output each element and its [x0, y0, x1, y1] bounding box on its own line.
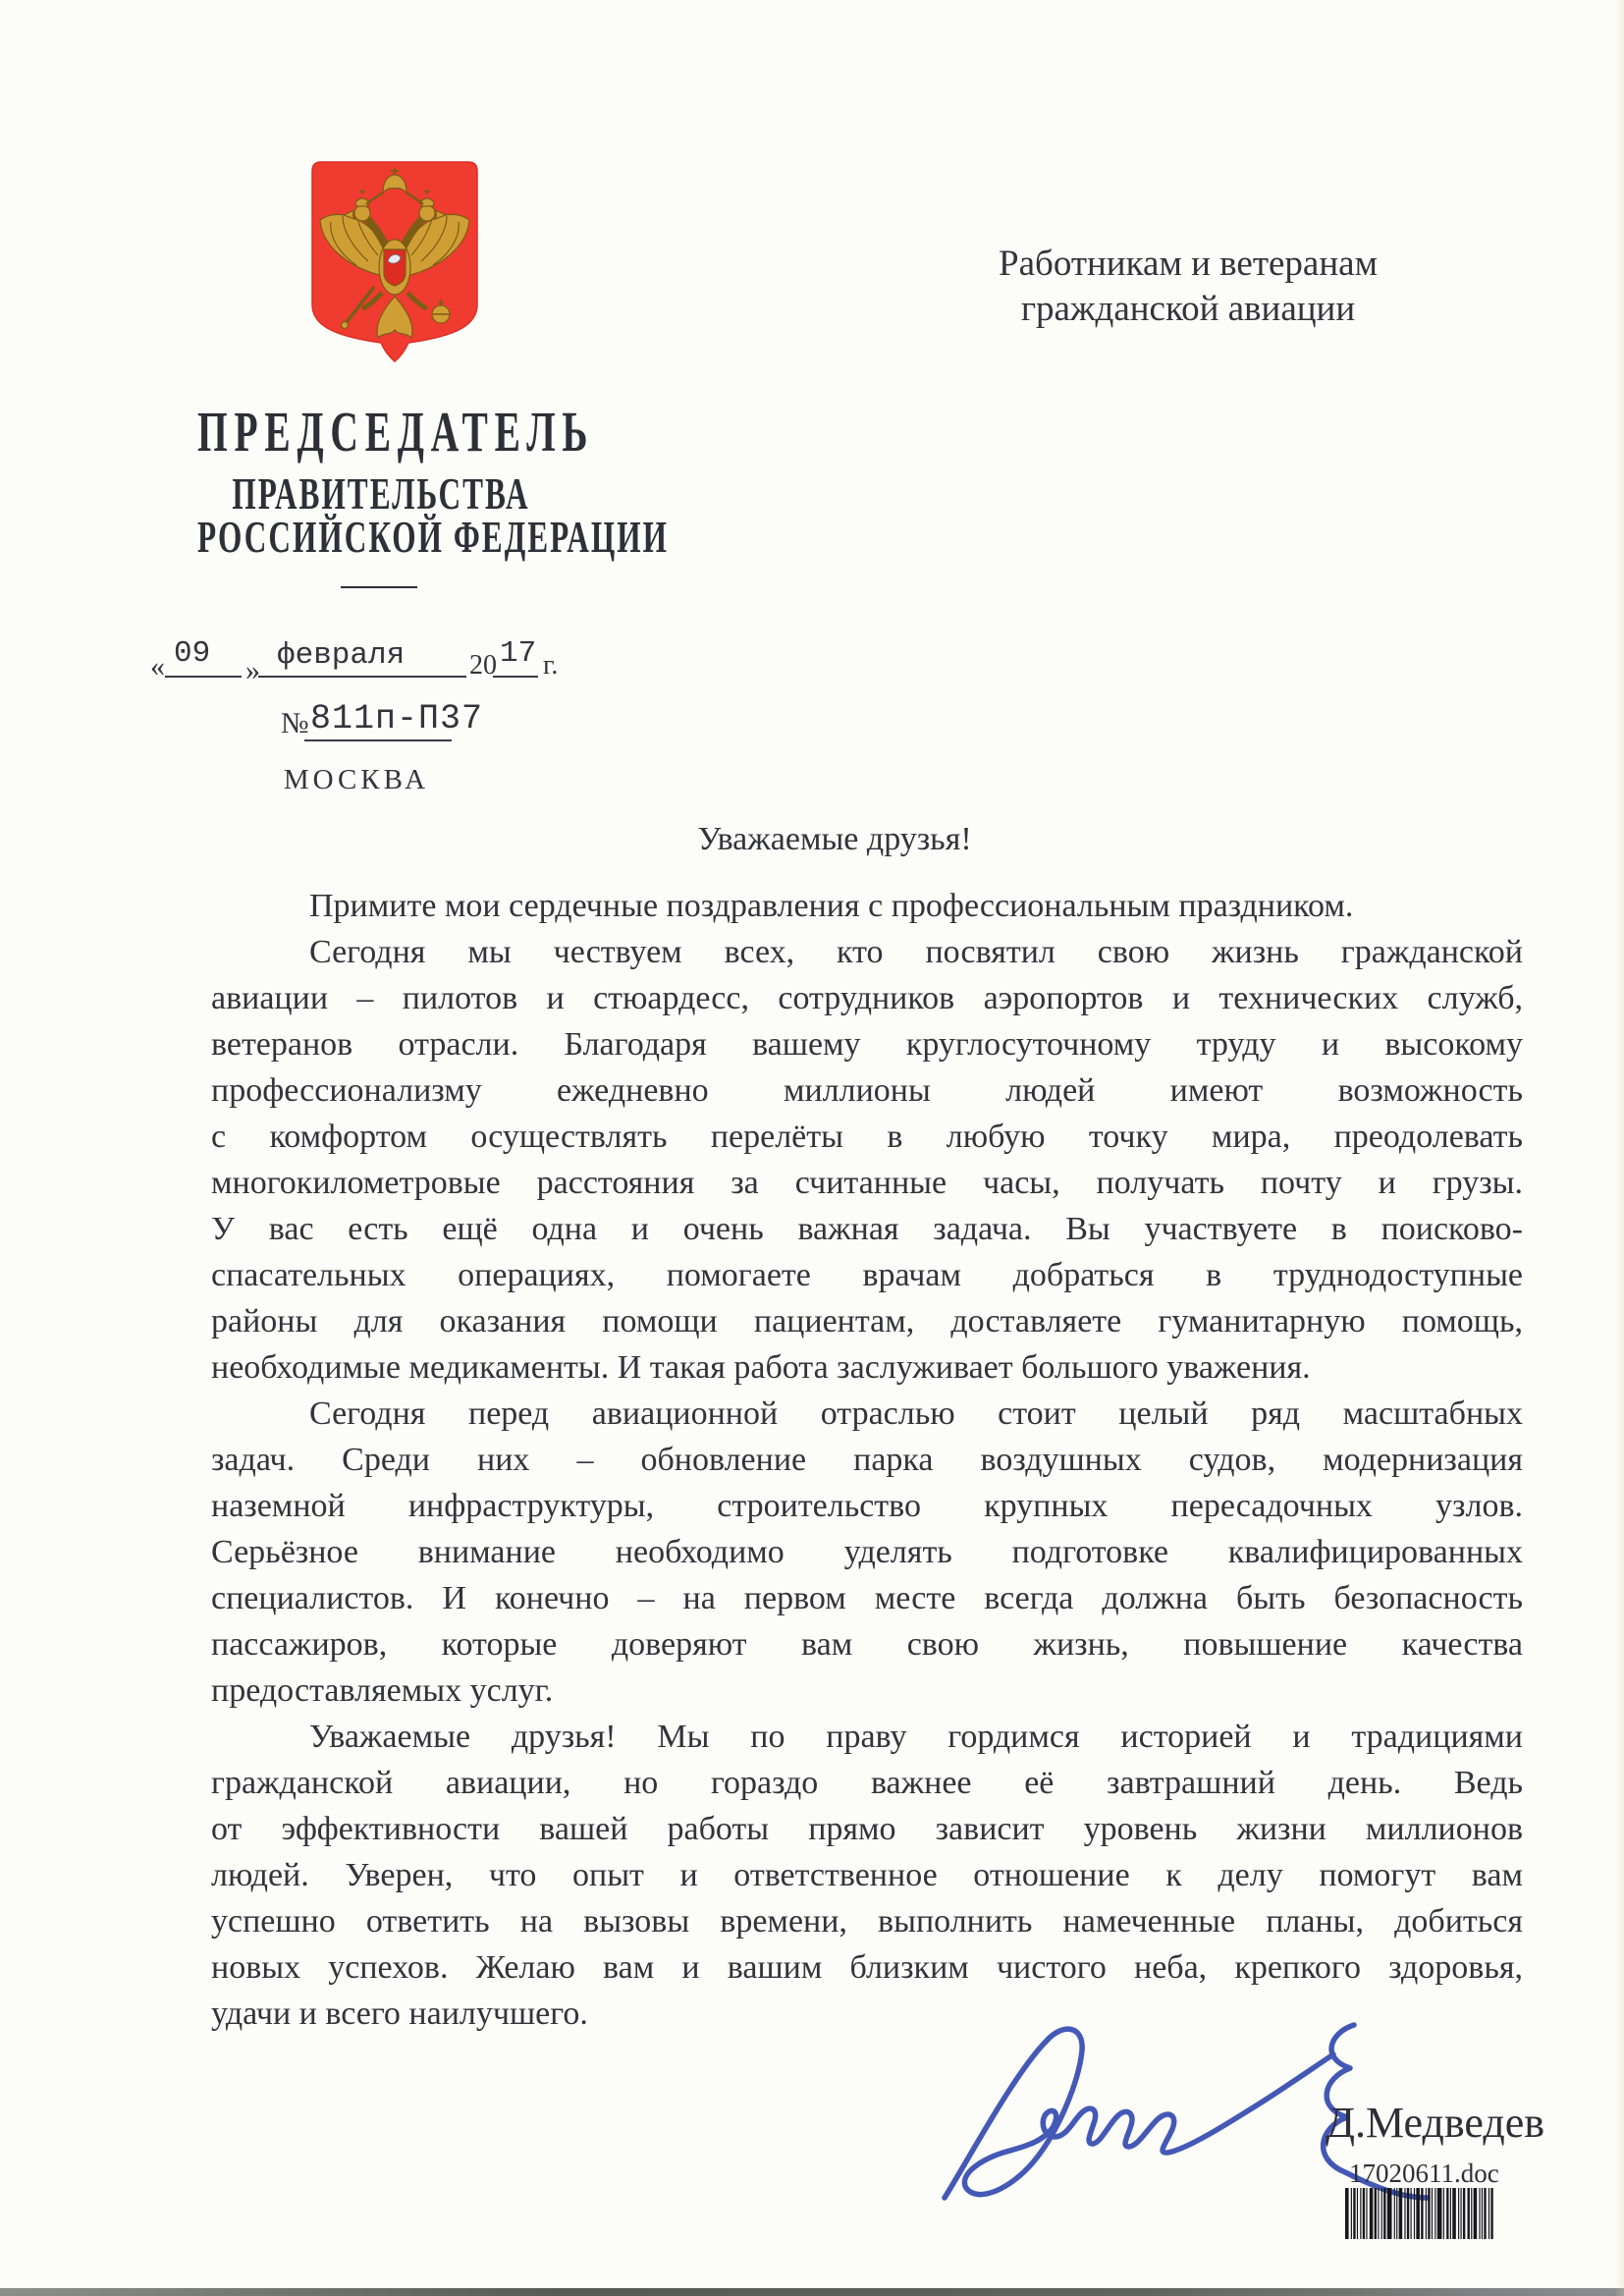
- body-line: специалистов. И конечно – на первом мест…: [211, 1575, 1523, 1621]
- recipient-line: Работникам и ветеранам: [933, 242, 1443, 287]
- body-line: новых успехов. Желаю вам и вашим близким…: [211, 1944, 1523, 1991]
- body-line: Примите мои сердечные поздравления с про…: [211, 883, 1523, 929]
- body-line: Уважаемые друзья! Мы по праву гордимся и…: [211, 1714, 1523, 1760]
- body-line: гражданской авиации, но гораздо важнее е…: [211, 1760, 1523, 1806]
- document-filename: 17020611.doc: [1349, 2159, 1545, 2189]
- body-line: ветеранов отрасли. Благодаря вашему круг…: [211, 1021, 1523, 1067]
- russia-coat-of-arms: [309, 159, 480, 363]
- doc-number-underline: [304, 739, 452, 741]
- body-line: авиации – пилотов и стюардесс, сотрудник…: [211, 975, 1523, 1021]
- scanned-letter-page: Работникам и ветеранам гражданской авиац…: [0, 0, 1624, 2296]
- date-quote-close: »: [245, 654, 260, 687]
- letterhead-title: ПРЕДСЕДАТЕЛЬ: [197, 399, 565, 465]
- letterhead-org-line2: РОССИЙСКОЙ ФЕДЕРАЦИИ: [197, 511, 565, 563]
- body-line: предоставляемых услуг.: [211, 1667, 1523, 1714]
- letterhead-divider: [341, 586, 417, 588]
- body-line: профессионализму ежедневно миллионы люде…: [211, 1067, 1523, 1114]
- letter-body: Примите мои сердечные поздравления с про…: [211, 883, 1523, 2037]
- date-year: 17: [500, 636, 536, 671]
- body-line: необходимые медикаменты. И такая работа …: [211, 1344, 1523, 1391]
- city-label: МОСКВА: [244, 764, 469, 796]
- body-line: Сегодня мы чествуем всех, кто посвятил с…: [211, 929, 1523, 975]
- body-line: спасательных операциях, помогаете врачам…: [211, 1252, 1523, 1298]
- doc-number-label: №: [281, 707, 309, 740]
- body-line: наземной инфраструктуры, строительство к…: [211, 1483, 1523, 1529]
- body-line: многокилометровые расстояния за считанны…: [211, 1160, 1523, 1206]
- body-line: пассажиров, которые доверяют вам свою жи…: [211, 1621, 1523, 1667]
- body-line: Серьёзное внимание необходимо уделять по…: [211, 1529, 1523, 1575]
- body-line: от эффективности вашей работы прямо зави…: [211, 1806, 1523, 1852]
- body-line: с комфортом осуществлять перелёты в любу…: [211, 1114, 1523, 1160]
- recipient-line: гражданской авиации: [933, 287, 1443, 332]
- body-line: районы для оказания помощи пациентам, до…: [211, 1298, 1523, 1344]
- body-line: задач. Среди них – обновление парка возд…: [211, 1437, 1523, 1483]
- date-month: февраля: [277, 638, 405, 673]
- signer-name: Д.Медведев: [1326, 2098, 1542, 2148]
- date-day: 09: [174, 636, 210, 671]
- date-month-underline: [258, 676, 466, 678]
- date-day-underline: [165, 676, 242, 678]
- body-line: людей. Уверен, что опыт и ответственное …: [211, 1852, 1523, 1898]
- body-line: Сегодня перед авиационной отраслью стоит…: [211, 1391, 1523, 1437]
- date-year-suffix: г.: [543, 650, 558, 682]
- scan-bottom-edge: [0, 2288, 1624, 2296]
- doc-number: 811п-П37: [310, 699, 483, 738]
- body-line: У вас есть ещё одна и очень важная задач…: [211, 1206, 1523, 1252]
- body-line: успешно ответить на вызовы времени, выпо…: [211, 1898, 1523, 1944]
- recipient-block: Работникам и ветеранам гражданской авиац…: [933, 242, 1443, 332]
- salutation: Уважаемые друзья!: [211, 821, 1458, 858]
- date-year-underline: [493, 676, 538, 678]
- date-quote-open: «: [150, 650, 165, 683]
- document-barcode: [1345, 2188, 1494, 2239]
